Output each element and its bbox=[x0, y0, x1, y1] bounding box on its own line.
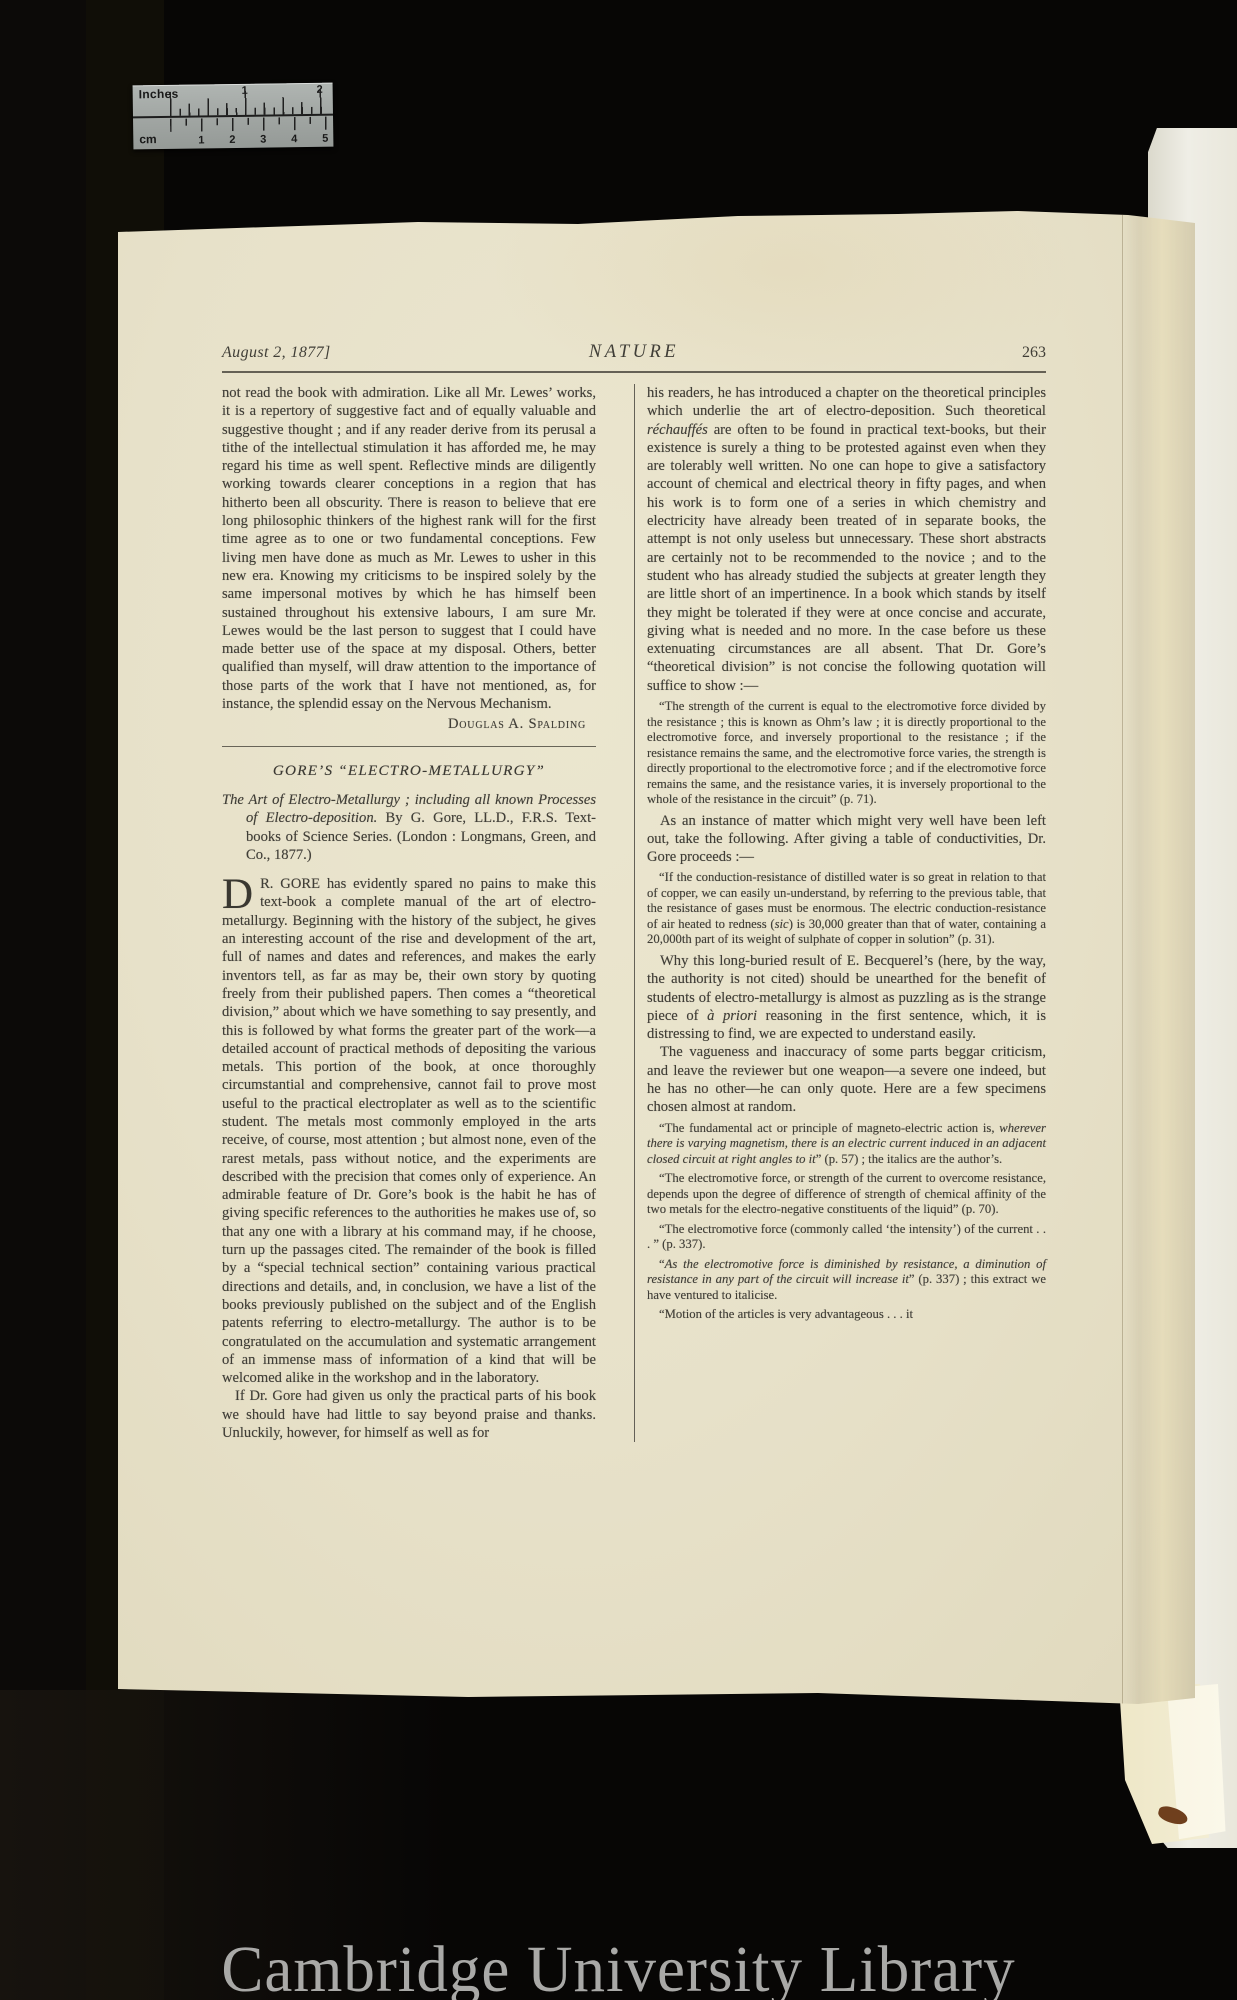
right-column: his readers, he has introduced a chapter… bbox=[647, 384, 1046, 1442]
article-separator bbox=[222, 746, 596, 747]
cm-major-ticks bbox=[170, 117, 330, 132]
running-head: August 2, 1877] NATURE 263 bbox=[222, 342, 1046, 366]
drop-cap: D bbox=[222, 875, 260, 911]
closing-paragraph: If Dr. Gore had given us only the practi… bbox=[222, 1387, 596, 1442]
page-fold-shading bbox=[1122, 208, 1195, 1705]
article-title: GORE’S “ELECTRO-METALLURGY” bbox=[222, 762, 596, 780]
quotation-motion: “Motion of the articles is very advantag… bbox=[647, 1307, 1046, 1323]
review-continuation-paragraph: not read the book with admiration. Like … bbox=[222, 384, 596, 713]
journal-title: NATURE bbox=[497, 342, 772, 363]
photographic-scale-ruler: Inches 12 cm 12345 bbox=[133, 83, 334, 150]
ruler-cm-label: cm bbox=[139, 132, 157, 146]
ruler-number: 1 bbox=[198, 134, 204, 146]
running-head-rule bbox=[222, 371, 1046, 373]
column-divider-rule bbox=[634, 384, 635, 1442]
quotation-conduction-resistance: “If the conduction-resistance of distill… bbox=[647, 870, 1046, 948]
page-content: August 2, 1877] NATURE 263 not read the … bbox=[222, 342, 1046, 1442]
library-watermark: Cambridge University Library bbox=[0, 1931, 1237, 2000]
left-column: not read the book with admiration. Like … bbox=[222, 384, 596, 1442]
ruler-number: 2 bbox=[229, 134, 235, 146]
inch-major-ticks bbox=[170, 90, 325, 116]
ruler-number: 5 bbox=[322, 133, 328, 145]
page-number: 263 bbox=[771, 344, 1046, 362]
vagueness-paragraph: The vagueness and inaccuracy of some par… bbox=[647, 1043, 1046, 1116]
issue-date: August 2, 1877] bbox=[222, 344, 497, 362]
quotation-intensity: “The electromotive force (commonly calle… bbox=[647, 1222, 1046, 1253]
instance-paragraph: As an instance of matter which might ver… bbox=[647, 812, 1046, 867]
journal-page: August 2, 1877] NATURE 263 not read the … bbox=[118, 208, 1195, 1705]
quotation-diminished: “As the electromotive force is diminishe… bbox=[647, 1257, 1046, 1304]
book-citation: The Art of Electro-Metallurgy ; includin… bbox=[222, 791, 596, 864]
curled-page-edges bbox=[1080, 1684, 1230, 1844]
quotation-fundamental-act: “The fundamental act or principle of mag… bbox=[647, 1121, 1046, 1168]
ruler-number: 3 bbox=[260, 134, 266, 146]
library-photograph: { "colors":{"background":"#070605","page… bbox=[0, 0, 1237, 2000]
opening-paragraph: DR. GORE has evidently spared no pains t… bbox=[222, 875, 596, 1387]
two-column-text: not read the book with admiration. Like … bbox=[222, 384, 1046, 1442]
reviewer-signature: Douglas A. Spalding bbox=[222, 715, 596, 733]
quotation-ohms-law: “The strength of the current is equal to… bbox=[647, 699, 1046, 808]
ruler-number: 4 bbox=[291, 133, 297, 145]
continuation-paragraph: his readers, he has introduced a chapter… bbox=[647, 384, 1046, 695]
quotation-electromotive-force: “The electromotive force, or strength of… bbox=[647, 1171, 1046, 1218]
becquerel-paragraph: Why this long-buried result of E. Becque… bbox=[647, 952, 1046, 1043]
